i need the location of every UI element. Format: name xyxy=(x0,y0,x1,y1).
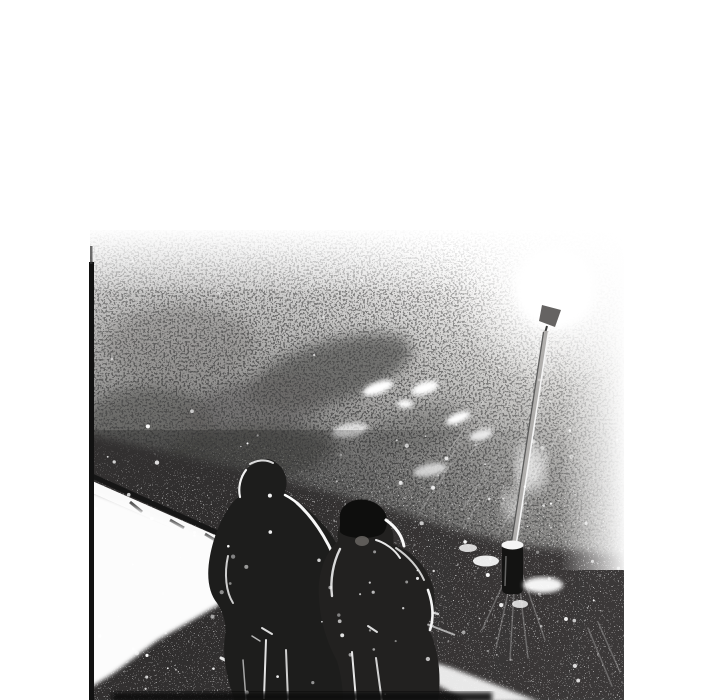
manga-panel xyxy=(0,0,720,700)
panel-left-border xyxy=(89,246,94,700)
panel-canvas xyxy=(0,0,720,700)
top-edge-fade xyxy=(90,230,624,290)
page-background xyxy=(0,0,720,700)
bottom-shadow-band xyxy=(112,692,492,700)
